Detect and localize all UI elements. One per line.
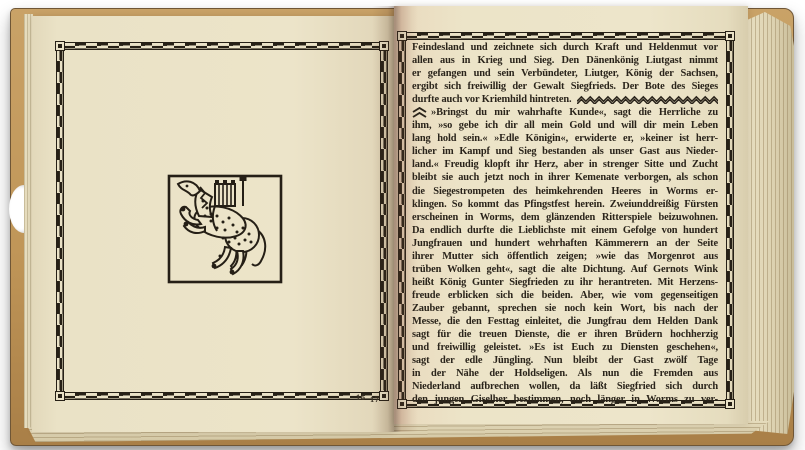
page-number-left: 16 (356, 392, 366, 402)
rearing-horse-woodcut-icon (165, 172, 285, 286)
text-line-content: Feindesland und zeichnete sich durch Kra… (412, 41, 718, 54)
page-stack-right-edge (747, 12, 794, 434)
text-line-content: land.« Freudig klopft ihr Herz, aber in … (412, 158, 718, 171)
text-line-content: den jungen Giselher bestimmen, noch läng… (412, 393, 718, 406)
book-photo: 16 Feindesland und zeichnete sich durch … (0, 0, 805, 450)
frame-corner (55, 41, 65, 51)
text-line: ergibt sich freiwillig der Gewalt Siegfr… (412, 80, 718, 93)
text-line: trüben Wolken geht«, sagt die alte Dicht… (412, 263, 718, 276)
frame-border-right (380, 50, 388, 392)
text-line: freude erblicken sich die beiden. Aber, … (412, 289, 718, 302)
text-line-content: trüben Wolken geht«, sagt die alte Dicht… (412, 263, 718, 276)
frame-border-bottom (64, 392, 380, 400)
frame-border-top (64, 42, 380, 50)
text-line-content: licher im Kampf und Sieg bestanden als u… (412, 145, 718, 158)
text-line: durfte auch vor Kriemhild hintreten. (412, 93, 718, 106)
text-line: land.« Freudig klopft ihr Herz, aber in … (412, 158, 718, 171)
text-line-content: bleibt sie auch jetzt noch in ihrer Keme… (412, 171, 718, 184)
frame-border-left (56, 50, 64, 392)
frame-corner (379, 391, 389, 401)
text-line-content: Niederland aufbrechen wollen, da läßt Si… (412, 380, 718, 393)
text-line: licher im Kampf und Sieg bestanden als u… (412, 145, 718, 158)
frame-border-right (726, 40, 734, 400)
chevron-ornament (412, 107, 427, 118)
text-line: den jungen Giselher bestimmen, noch läng… (412, 393, 718, 406)
frame-corner (397, 399, 407, 409)
frame-corner (725, 31, 735, 41)
text-line-content: freude erblicken sich die beiden. Aber, … (412, 289, 718, 302)
frame-corner (397, 31, 407, 41)
text-line: erscheinen in Worms, dem glänzenden Ritt… (412, 211, 718, 224)
text-line-content: sagt der edle Jüngling. Nun bleibt der G… (412, 354, 718, 367)
text-line: in der Nähe der Holdseligen. Als nun die… (412, 367, 718, 380)
text-line-content: sagt für die treuen Dienste, die er ihre… (412, 328, 718, 341)
text-line-content: in der Nähe der Holdseligen. Als nun die… (412, 367, 718, 380)
zigzag-ornament (577, 95, 718, 104)
text-line: ihrer Mutter sich öffentlich zeigen; »wi… (412, 250, 718, 263)
frame-border-left (398, 40, 406, 400)
text-line: er gefangen und sein Verbündeter, Liutge… (412, 67, 718, 80)
text-line: und freiwillig geleistet. »Es ist Euch z… (412, 341, 718, 354)
text-line: ihm, »so gebe ich dir all mein Gold und … (412, 119, 718, 132)
text-line-content: Messe, die den Festtag einleitet, die Ju… (412, 315, 718, 328)
text-line: Zauber gebannt, sprechen sie noch kein W… (412, 302, 718, 315)
text-line-content: die Siegestrompeten des heimkehrenden He… (412, 185, 718, 198)
text-line-content: allen aus in Krieg und Sieg. Den Dänenkö… (412, 54, 718, 67)
frame-corner (725, 399, 735, 409)
frame-border-top (406, 32, 726, 40)
text-line-content: heißt König Gunter Siegfrieden zu ihr he… (412, 276, 718, 289)
text-line: bleibt sie auch jetzt noch in ihrer Keme… (412, 171, 718, 184)
text-line-content: Da endlich durfte die Lieblichste mit ei… (412, 224, 718, 237)
text-line-content: »Bringst du mir wahrhafte Kunde«, sagt d… (431, 106, 718, 119)
body-text: Feindesland und zeichnete sich durch Kra… (412, 41, 718, 406)
text-line-content: ihm, »so gebe ich dir all mein Gold und … (412, 119, 718, 132)
text-line: klingen. So kommt das Pfingstfest herein… (412, 198, 718, 211)
text-line: die Siegestrompeten des heimkehrenden He… (412, 185, 718, 198)
frame-corner (379, 41, 389, 51)
text-line: sagt für die treuen Dienste, die er ihre… (412, 328, 718, 341)
text-line: Jungfrauen und hundert wehrhaften Kämmer… (412, 237, 718, 250)
text-line-content: klingen. So kommt das Pfingstfest herein… (412, 198, 718, 211)
text-line-content: er gefangen und sein Verbündeter, Liutge… (412, 67, 718, 80)
text-line-content: ergibt sich freiwillig der Gewalt Siegfr… (412, 80, 718, 93)
text-line-content: und freiwillig geleistet. »Es ist Euch z… (412, 341, 718, 354)
page-number-right: 17 (370, 394, 380, 404)
text-line-content: Jungfrauen und hundert wehrhaften Kämmer… (412, 237, 718, 250)
text-line-content: ihrer Mutter sich öffentlich zeigen; »wi… (412, 250, 718, 263)
text-line-content: Zauber gebannt, sprechen sie noch kein W… (412, 302, 718, 315)
left-page: 16 (32, 16, 394, 432)
text-line-content: lang hold sein.« »Edle Königin«, erwider… (412, 132, 718, 145)
right-page: Feindesland und zeichnete sich durch Kra… (394, 6, 748, 424)
text-line: heißt König Gunter Siegfrieden zu ihr he… (412, 276, 718, 289)
text-line: »Bringst du mir wahrhafte Kunde«, sagt d… (412, 106, 718, 119)
text-line: Da endlich durfte die Lieblichste mit ei… (412, 224, 718, 237)
text-line-content: durfte auch vor Kriemhild hintreten. (412, 93, 572, 106)
text-line-content: erscheinen in Worms, dem glänzenden Ritt… (412, 211, 718, 224)
text-line: Feindesland und zeichnete sich durch Kra… (412, 41, 718, 54)
text-line: Messe, die den Festtag einleitet, die Ju… (412, 315, 718, 328)
text-line: Niederland aufbrechen wollen, da läßt Si… (412, 380, 718, 393)
text-line: allen aus in Krieg und Sieg. Den Dänenkö… (412, 54, 718, 67)
frame-corner (55, 391, 65, 401)
text-line: sagt der edle Jüngling. Nun bleibt der G… (412, 354, 718, 367)
text-line: lang hold sein.« »Edle Königin«, erwider… (412, 132, 718, 145)
